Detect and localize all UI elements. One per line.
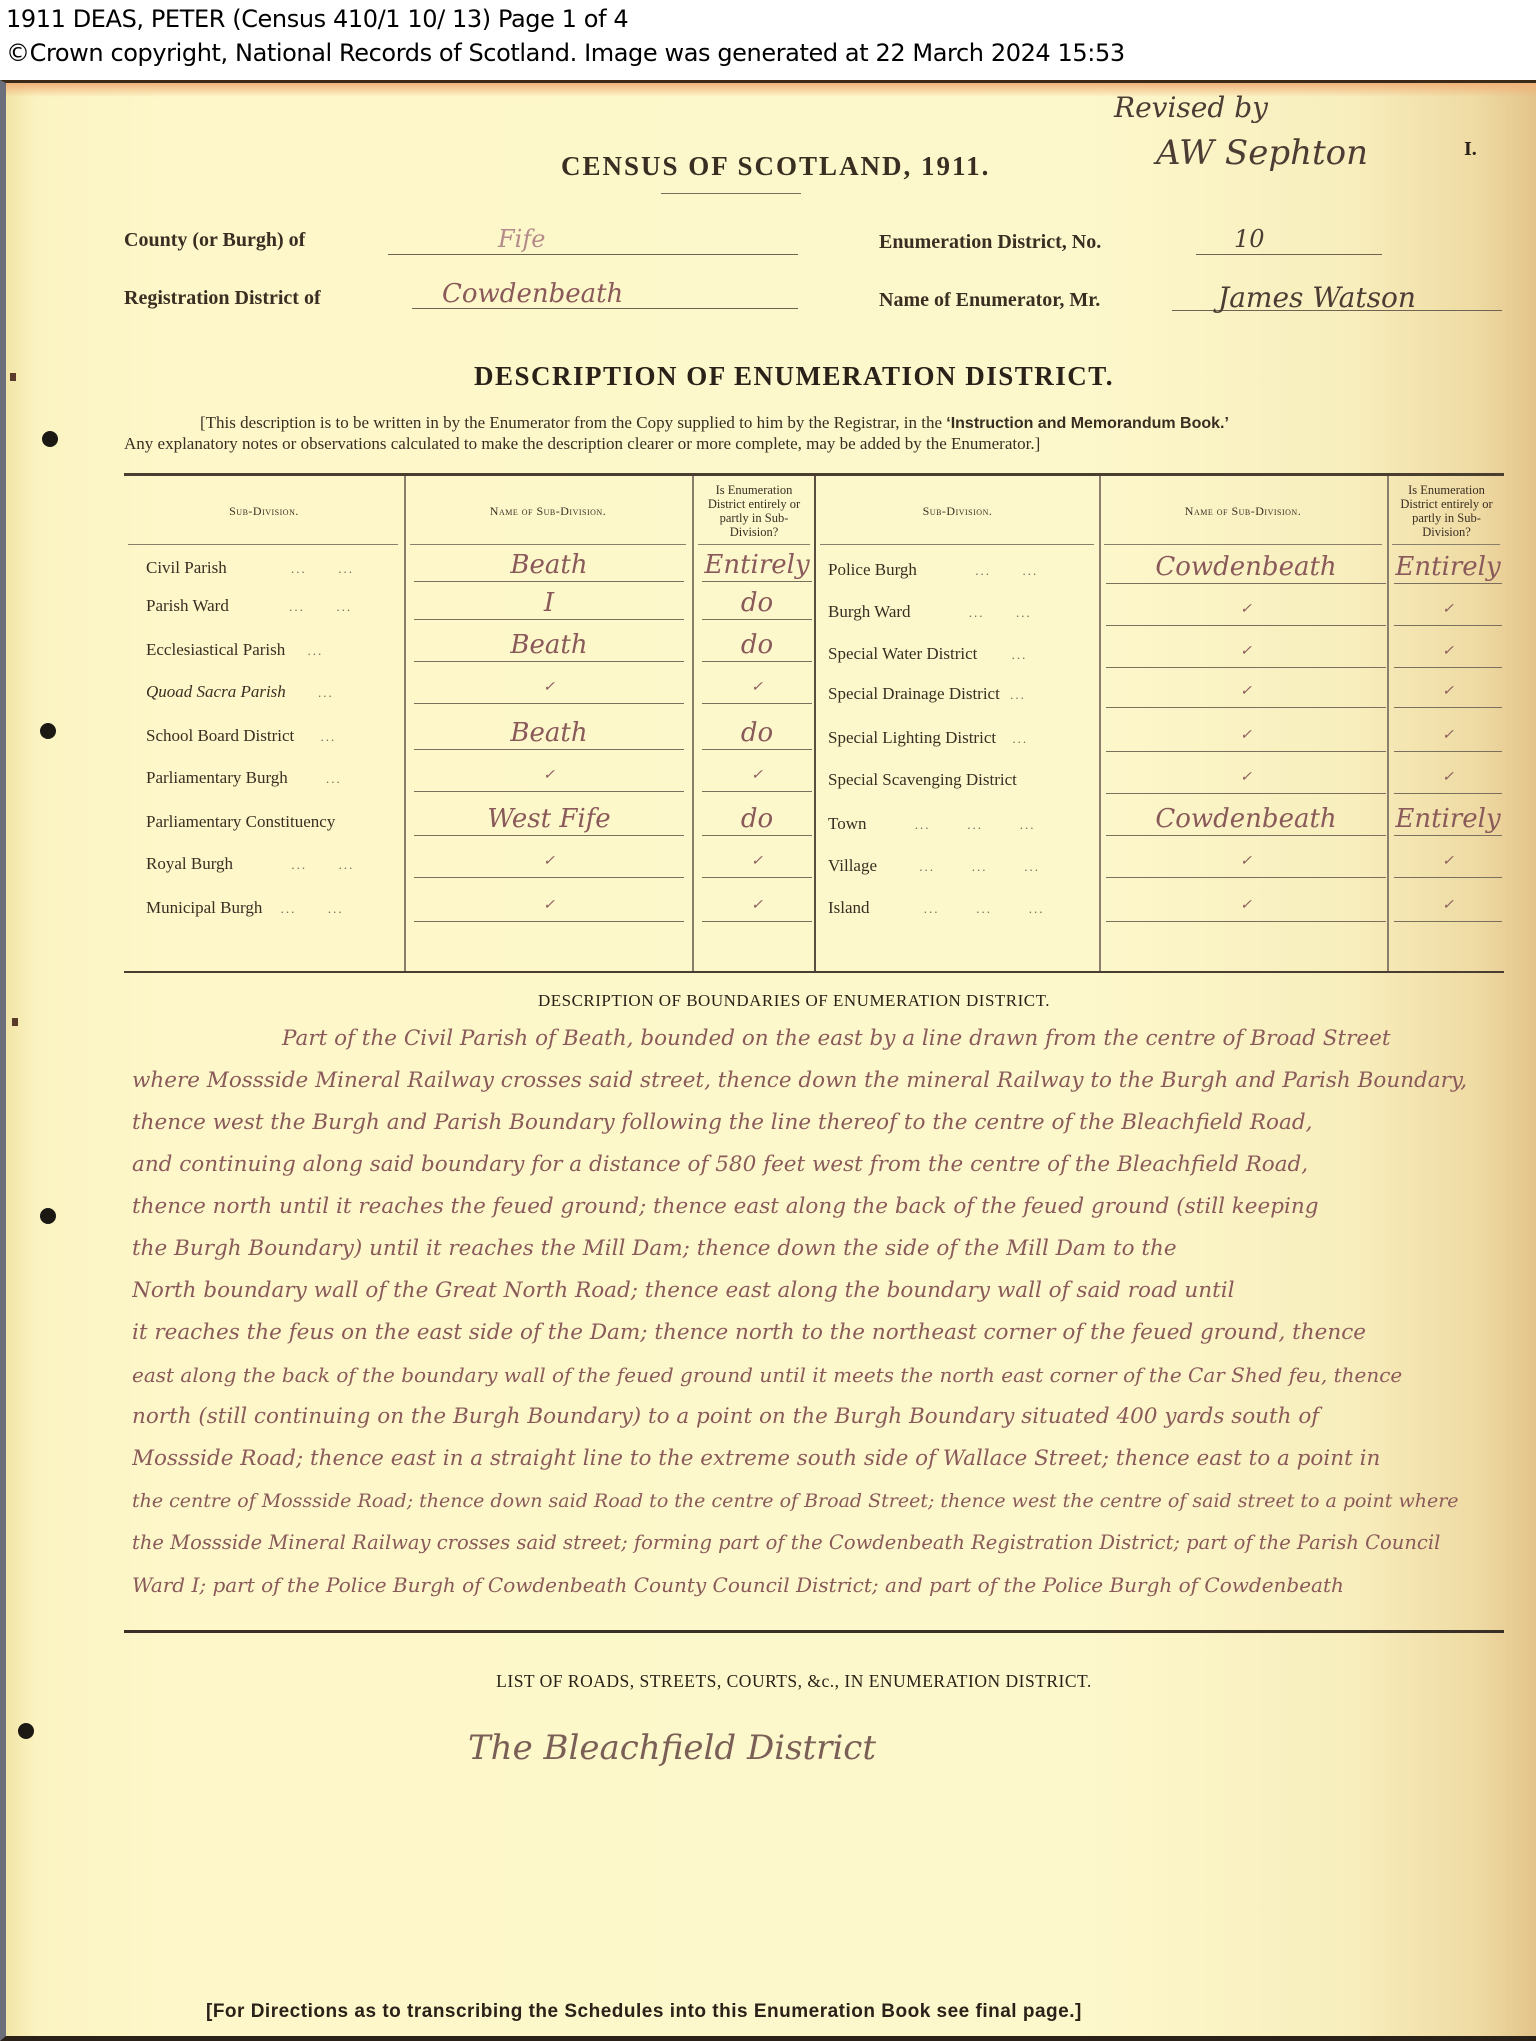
punch-hole-icon <box>18 1723 34 1739</box>
table-row: Island ... ... ... ✓ ✓ <box>816 884 1504 926</box>
subdivision-extent: ✓ <box>702 844 812 878</box>
punch-hole-icon <box>40 723 56 739</box>
subdivision-extent: ✓ <box>1394 760 1502 794</box>
table-row: Special Lighting District ... ✓ ✓ <box>816 716 1504 758</box>
boundary-line: it reaches the feus on the east side of … <box>132 1312 1522 1354</box>
boundary-line: north (still continuing on the Burgh Bou… <box>132 1396 1522 1438</box>
boundary-line: Mossside Road; thence east in a straight… <box>132 1438 1522 1480</box>
subdivision-extent: do <box>702 628 812 662</box>
table-row: Special Water District ... ✓ ✓ <box>816 632 1504 674</box>
boundary-line: thence north until it reaches the feued … <box>132 1186 1522 1228</box>
subdivision-extent: ✓ <box>702 888 812 922</box>
table-row: Parish Ward ... ... I do <box>124 590 814 632</box>
reviser-signature: AW Sephton <box>1156 133 1368 173</box>
registration-district-label: Registration District of <box>124 287 321 310</box>
subdivision-extent: ✓ <box>1394 844 1502 878</box>
boundary-line: thence west the Burgh and Parish Boundar… <box>132 1102 1522 1144</box>
punch-hole-icon <box>40 1208 56 1224</box>
subdivision-name: ✓ <box>414 758 684 792</box>
subdivision-extent: Entirely <box>702 548 812 582</box>
subdivision-name: Beath <box>414 628 684 662</box>
instructions-text: [This description is to be written in by… <box>200 413 946 432</box>
county-label: County (or Burgh) of <box>124 229 305 252</box>
document-caption-title: 1911 DEAS, PETER (Census 410/1 10/ 13) P… <box>0 4 1536 34</box>
roads-list-title: LIST OF ROADS, STREETS, COURTS, &c., IN … <box>6 1671 1536 1692</box>
table-row: Royal Burgh ... ... ✓ ✓ <box>124 842 814 884</box>
punch-hole-icon <box>42 431 58 447</box>
table-row: Village ... ... ... ✓ ✓ <box>816 842 1504 884</box>
page-title: CENSUS OF SCOTLAND, 1911. <box>561 151 990 182</box>
boundary-line: the Burgh Boundary) until it reaches the… <box>132 1228 1522 1270</box>
subdivision-name: West Fife <box>414 802 684 836</box>
header-name-right: Name of Sub-Division. <box>1099 476 1387 546</box>
memorandum-book-ref: ‘Instruction and Memorandum Book.’ <box>946 415 1229 432</box>
registration-district-value: Cowdenbeath <box>412 279 623 309</box>
roads-list-item: The Bleachfield District <box>468 1728 876 1768</box>
subdivision-name: ✓ <box>414 888 684 922</box>
table-row: Burgh Ward ... ... ✓ ✓ <box>816 590 1504 632</box>
table-row: Town ... ... ... Cowdenbeath Entirely <box>816 800 1504 842</box>
subdivision-name: ✓ <box>1106 718 1386 752</box>
subdivision-name: ✓ <box>414 844 684 878</box>
title-underline <box>661 193 801 194</box>
boundary-line: east along the back of the boundary wall… <box>132 1354 1522 1396</box>
subdivision-extent: ✓ <box>1394 888 1502 922</box>
table-row: Police Burgh ... ... Cowdenbeath Entirel… <box>816 548 1504 590</box>
county-field: Fife <box>388 225 798 255</box>
subdivision-extent: do <box>702 802 812 836</box>
margin-mark-icon <box>12 1018 18 1026</box>
boundary-line: the centre of Mossside Road; thence down… <box>132 1480 1522 1522</box>
header-extent-right: Is Enumeration District entirely or part… <box>1389 476 1504 546</box>
enumerator-label: Name of Enumerator, Mr. <box>879 289 1100 312</box>
table-row: Civil Parish ... ... Beath Entirely <box>124 548 814 590</box>
table-row: Municipal Burgh ... ... ✓ ✓ <box>124 884 814 926</box>
subdivision-extent: do <box>702 716 812 750</box>
subdivision-extent: ✓ <box>1394 674 1502 708</box>
revised-by-note: Revised by <box>1114 91 1268 124</box>
boundaries-divider <box>124 1630 1504 1633</box>
boundary-line: and continuing along said boundary for a… <box>132 1144 1522 1186</box>
table-row: Quoad Sacra Parish ... ✓ ✓ <box>124 674 814 716</box>
table-row: Parliamentary Constituency West Fife do <box>124 800 814 842</box>
boundary-line: where Mossside Mineral Railway crosses s… <box>132 1060 1522 1102</box>
enumerator-field: James Watson <box>1172 281 1502 311</box>
subdivision-extent: Entirely <box>1394 802 1502 836</box>
subdivision-name: ✓ <box>1106 592 1386 626</box>
page-marker: I. <box>1464 138 1477 161</box>
subdivision-extent: ✓ <box>702 670 812 704</box>
description-instructions: [This description is to be written in by… <box>124 413 1504 454</box>
subdivision-name: I <box>414 586 684 620</box>
subdivision-name: Beath <box>414 548 684 582</box>
subdivision-extent: do <box>702 586 812 620</box>
document-caption-copyright: ©Crown copyright, National Records of Sc… <box>0 38 1536 68</box>
subdivision-name: ✓ <box>1106 674 1386 708</box>
description-title: DESCRIPTION OF ENUMERATION DISTRICT. <box>6 361 1536 392</box>
enumeration-district-value: 10 <box>1196 225 1265 253</box>
subdivision-name: ✓ <box>1106 760 1386 794</box>
subdivision-name: ✓ <box>1106 844 1386 878</box>
subdivision-extent: ✓ <box>702 758 812 792</box>
enumeration-district-label: Enumeration District, No. <box>879 231 1101 254</box>
subdivision-name: ✓ <box>414 670 684 704</box>
boundary-line: Part of the Civil Parish of Beath, bound… <box>132 1018 1522 1060</box>
table-row: Special Drainage District ... ✓ ✓ <box>816 674 1504 716</box>
subdivision-name: ✓ <box>1106 634 1386 668</box>
census-page: CENSUS OF SCOTLAND, 1911. Revised by AW … <box>0 80 1536 2041</box>
boundary-line: the Mossside Mineral Railway crosses sai… <box>132 1522 1522 1564</box>
boundary-line: North boundary wall of the Great North R… <box>132 1270 1522 1312</box>
boundaries-description: Part of the Civil Parish of Beath, bound… <box>132 1018 1522 1606</box>
header-name-left: Name of Sub-Division. <box>404 476 692 546</box>
header-subdivision-left: Sub-Division. <box>124 476 404 546</box>
registration-district-field: Cowdenbeath <box>412 279 798 309</box>
instructions-text-2: Any explanatory notes or observations ca… <box>124 434 1504 454</box>
subdivision-name: Cowdenbeath <box>1106 550 1386 584</box>
header-subdivision-right: Sub-Division. <box>816 476 1099 546</box>
boundary-line: Ward I; part of the Police Burgh of Cowd… <box>132 1564 1522 1606</box>
footer-directions-note: [For Directions as to transcribing the S… <box>206 2001 1082 2023</box>
table-row: Ecclesiastical Parish ... Beath do <box>124 632 814 674</box>
subdivision-extent: Entirely <box>1394 550 1502 584</box>
county-value: Fife <box>388 225 545 253</box>
subdivision-extent: ✓ <box>1394 592 1502 626</box>
enumeration-district-field: 10 <box>1196 225 1382 255</box>
subdivision-extent: ✓ <box>1394 718 1502 752</box>
subdivision-table: Sub-Division. Name of Sub-Division. Is E… <box>124 473 1504 973</box>
table-row: Special Scavenging District ✓ ✓ <box>816 758 1504 800</box>
subdivision-extent: ✓ <box>1394 634 1502 668</box>
subdivision-name: ✓ <box>1106 888 1386 922</box>
header-extent-left: Is Enumeration District entirely or part… <box>694 476 814 546</box>
table-row: School Board District ... Beath do <box>124 716 814 758</box>
table-row: Parliamentary Burgh ... ✓ ✓ <box>124 758 814 800</box>
enumerator-value: James Watson <box>1172 281 1416 314</box>
subdivision-name: Beath <box>414 716 684 750</box>
subdivision-name: Cowdenbeath <box>1106 802 1386 836</box>
boundaries-title: DESCRIPTION OF BOUNDARIES OF ENUMERATION… <box>6 991 1536 1011</box>
